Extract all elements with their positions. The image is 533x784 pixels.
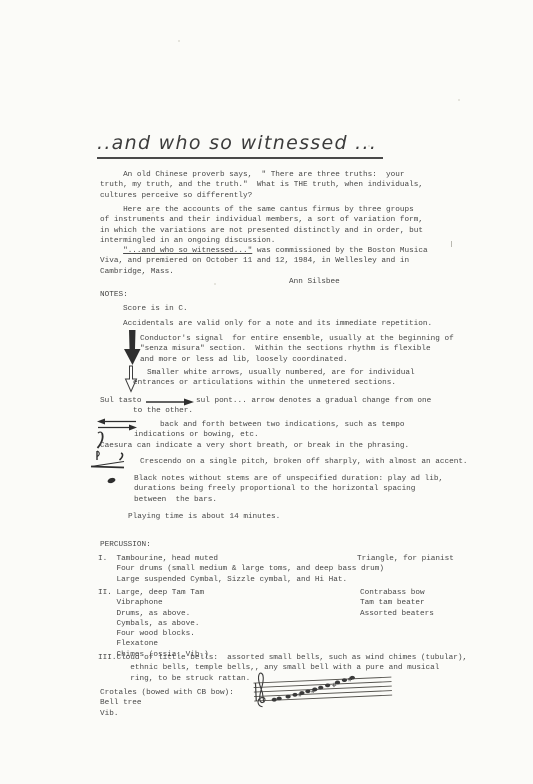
music-staff: # # # # — [248, 667, 398, 713]
percussion-item-2-right-column: Contrabass bow Tam tam beater Assorted b… — [360, 588, 434, 619]
note-conductor-signal: Conductor's signal for entire ensemble, … — [140, 334, 454, 365]
sul-tasto-label: Sul tasto — [100, 396, 142, 406]
staff-barline — [255, 683, 256, 701]
note-score-in-c: Score is in C. — [123, 304, 188, 314]
crescendo-cutoff-icon — [90, 450, 138, 470]
scan-speck — [214, 283, 216, 285]
percussion-item-1: I. Tambourine, head muted Four drums (sm… — [98, 554, 384, 585]
page-title: ..and who so witnessed ... — [97, 132, 383, 159]
gradual-change-arrow-icon — [146, 398, 194, 406]
notes-heading: NOTES: — [100, 290, 128, 300]
intro-paragraph-2: Here are the accounts of the same cantus… — [100, 205, 423, 246]
playing-time: Playing time is about 14 minutes. — [128, 512, 280, 522]
scan-speck — [368, 145, 370, 147]
crotales-list: Crotales (bowed with CB bow): Bell tree … — [100, 688, 234, 719]
scan-speck — [458, 99, 460, 101]
scanned-score-notes-page: ..and who so witnessed ... An old Chines… — [0, 0, 533, 784]
intro-paragraph-3: "...and who so witnessed..." was commiss… — [100, 246, 428, 277]
scan-mark — [451, 241, 452, 247]
sul-pont-text: sul pont... arrow denotes a gradual chan… — [196, 396, 431, 406]
page-title-text: ..and who so witnessed ... — [97, 132, 383, 159]
note-smaller-arrows-line2: entrances or articulations within the un… — [133, 378, 396, 388]
svg-text:#: # — [310, 687, 316, 695]
percussion-item-1-right-column: Triangle, for pianist — [357, 554, 454, 564]
svg-text:#: # — [297, 690, 303, 698]
percussion-item-2: II. Large, deep Tam Tam Vibraphone Drums… — [98, 588, 209, 660]
note-accidentals: Accidentals are valid only for a note an… — [123, 319, 432, 329]
scan-speck — [152, 212, 154, 214]
percussion-heading: PERCUSSION: — [100, 540, 151, 550]
treble-clef-icon — [257, 673, 265, 707]
scan-speck — [178, 40, 180, 42]
back-and-forth-continuation: indications or bowing, etc. — [134, 430, 259, 440]
intro-paragraph-1: An old Chinese proverb says, " There are… — [100, 170, 423, 201]
svg-text:#: # — [347, 675, 353, 683]
author-byline: Ann Silsbee — [289, 277, 340, 287]
conductor-down-arrow-icon — [123, 330, 141, 366]
note-smaller-arrows-line1: Smaller white arrows, usually numbered, … — [147, 368, 415, 378]
sul-tasto-continuation: to the other. — [133, 406, 193, 416]
note-crescendo: Crescendo on a single pitch, broken off … — [140, 457, 468, 467]
svg-text:#: # — [331, 681, 337, 689]
stemless-notehead-icon — [106, 476, 117, 485]
back-and-forth-text: back and forth between two indications, … — [160, 420, 405, 430]
piece-title-quote: "...and who so witnessed..." — [123, 247, 252, 255]
intro-paragraph-3-indent — [100, 247, 123, 255]
note-black-notes: Black notes without stems are of unspeci… — [134, 474, 443, 505]
note-caesura: Caesura can indicate a very short breath… — [100, 441, 409, 451]
back-and-forth-arrows-icon — [97, 418, 137, 432]
